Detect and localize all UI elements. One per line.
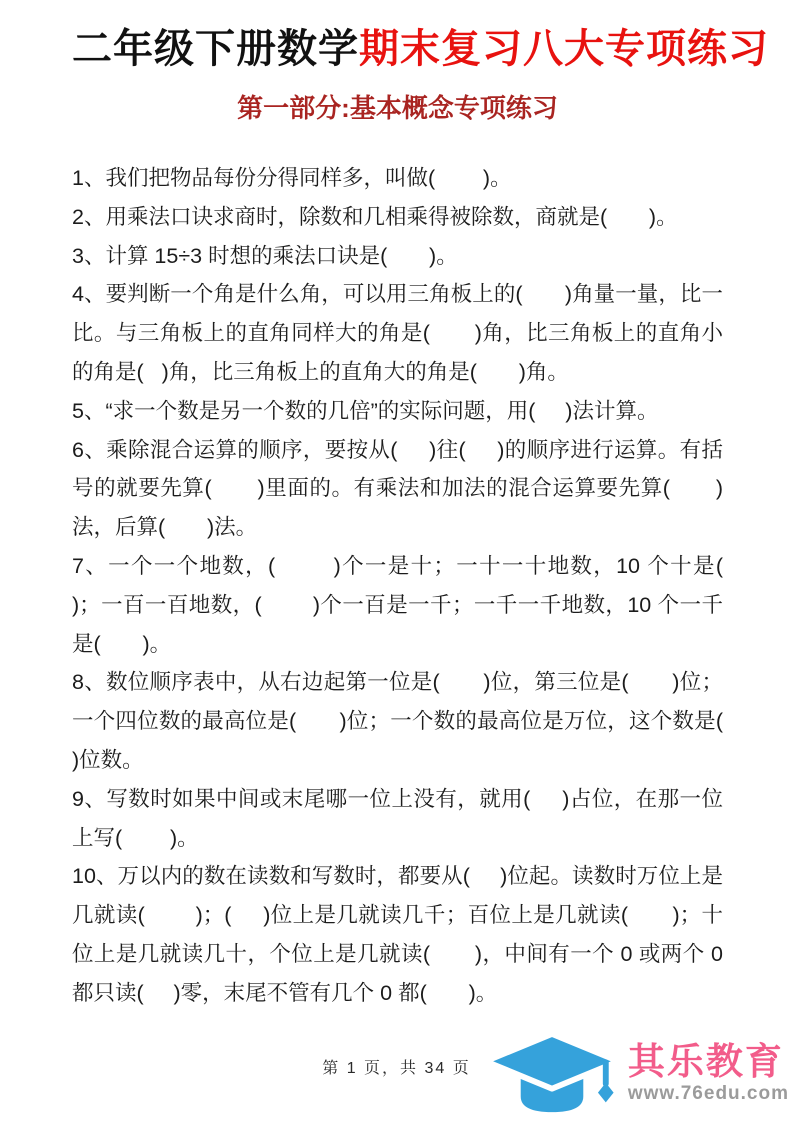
question-9: 9、写数时如果中间或末尾哪一位上没有，就用( )占位，在那一位上写( )。 [72,780,723,858]
graduation-cap-icon [478,1030,626,1118]
publisher-text-block: 其乐教育 www.76edu.com [628,1043,789,1106]
worksheet-content: 二年级下册数学期末复习八大专项练习 第一部分:基本概念专项练习 1、我们把物品每… [0,0,793,1013]
question-3: 3、计算 15÷3 时想的乘法口诀是( )。 [72,237,723,276]
question-4: 4、要判断一个角是什么角，可以用三角板上的( )角量一量，比一比。与三角板上的直… [72,275,723,391]
publisher-name: 其乐教育 [628,1043,784,1082]
page-title: 二年级下册数学期末复习八大专项练习 [72,26,723,72]
worksheet-page: 二年级下册数学期末复习八大专项练习 第一部分:基本概念专项练习 1、我们把物品每… [0,0,793,1122]
question-6: 6、乘除混合运算的顺序，要按从( )往( )的顺序进行运算。有括号的就要先算( … [72,431,723,547]
publisher-logo: 其乐教育 www.76edu.com [478,1030,789,1118]
question-10: 10、万以内的数在读数和写数时，都要从( )位起。读数时万位上是几就读( )；(… [72,857,723,1012]
question-5: 5、“求一个数是另一个数的几倍”的实际问题，用( )法计算。 [72,392,723,431]
question-7: 7、一个一个地数，( )个一是十；一十一十地数，10 个十是( )；一百一百地数… [72,547,723,663]
question-1: 1、我们把物品每份分得同样多，叫做( )。 [72,159,723,198]
page-title-black-part: 二年级下册数学 [72,27,359,71]
page-title-red-part: 期末复习八大专项练习 [359,27,769,71]
question-8: 8、数位顺序表中，从右边起第一位是( )位，第三位是( )位；一个四位数的最高位… [72,663,723,779]
publisher-url: www.76edu.com [628,1083,789,1105]
question-list: 1、我们把物品每份分得同样多，叫做( )。 2、用乘法口诀求商时，除数和几相乘得… [72,159,723,1013]
section-subtitle: 第一部分:基本概念专项练习 [72,88,723,125]
question-2: 2、用乘法口诀求商时，除数和几相乘得被除数，商就是( )。 [72,198,723,237]
